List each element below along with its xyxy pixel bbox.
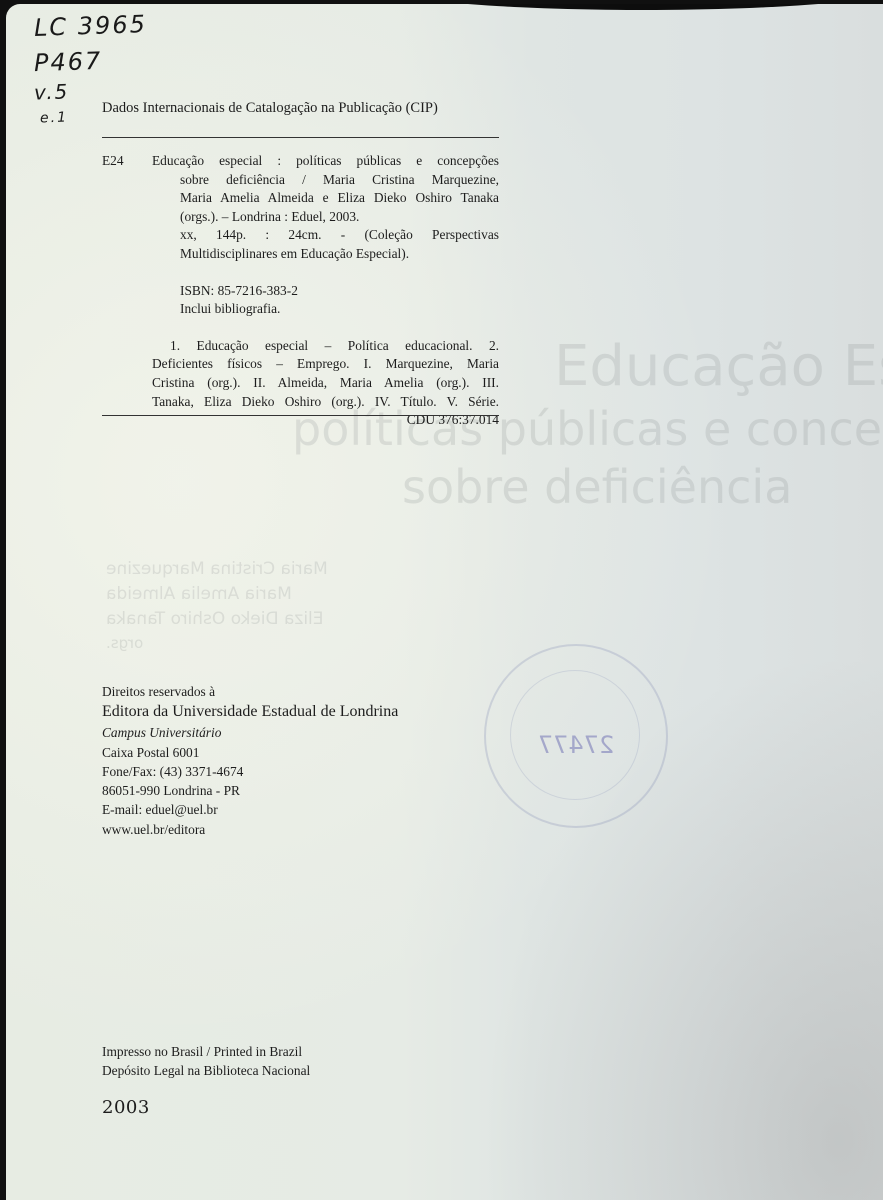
show-through-author-1: Maria Cristina Marquezine <box>106 559 328 579</box>
publisher-city: 86051-990 Londrina - PR <box>102 781 398 800</box>
publication-year: 2003 <box>102 1097 150 1118</box>
cip-subject-line: Deficientes físicos – Emprego. I. Marque… <box>152 355 499 374</box>
page-edge-shadow <box>383 4 883 10</box>
cip-bibliography-note: Inclui bibliografia. <box>152 300 499 319</box>
cip-code: E24 <box>102 152 124 171</box>
cip-entry-line: Maria Amelia Almeida e Eliza Dieko Oshir… <box>152 189 499 208</box>
book-page: LC 3965 P467 v.5 e.1 Educação Especial p… <box>6 4 883 1200</box>
show-through-author-3: Eliza Dieko Oshiro Tanaka <box>106 609 324 629</box>
cip-header: Dados Internacionais de Catalogação na P… <box>102 100 438 117</box>
publisher-email: E-mail: eduel@uel.br <box>102 800 398 819</box>
publisher-po-box: Caixa Postal 6001 <box>102 743 398 762</box>
publisher-name: Editora da Universidade Estadual de Lond… <box>102 701 398 723</box>
legal-deposit: Depósito Legal na Biblioteca Nacional <box>102 1061 310 1080</box>
cip-isbn: ISBN: 85-7216-383-2 <box>152 282 499 301</box>
publisher-campus: Campus Universitário <box>102 723 398 742</box>
cip-record: E24 Educação especial : políticas públic… <box>102 152 499 430</box>
cip-entry: Educação especial : políticas públicas e… <box>152 152 499 337</box>
library-stamp: 27477 <box>484 644 668 828</box>
handwritten-call-number-line-2: P467 <box>34 47 103 77</box>
cip-cdu: CDU 376:37.014 <box>152 411 499 430</box>
cip-entry-line: Multidisciplinares em Educação Especial)… <box>152 245 499 264</box>
cip-bottom-rule <box>102 415 499 416</box>
printing-info: Impresso no Brasil / Printed in Brazil D… <box>102 1042 310 1080</box>
cip-subject-line: 1. Educação especial – Política educacio… <box>152 337 499 356</box>
publisher-website: www.uel.br/editora <box>102 820 398 839</box>
publisher-phone: Fone/Fax: (43) 3371-4674 <box>102 762 398 781</box>
handwritten-call-number-line-1: LC 3965 <box>34 10 148 42</box>
rights-reserved: Direitos reservados à <box>102 682 398 701</box>
cip-entry-line: xx, 144p. : 24cm. - (Coleção Perspectiva… <box>152 226 499 245</box>
publisher-info: Direitos reservados à Editora da Univers… <box>102 682 398 839</box>
cip-subject-line: Tanaka, Eliza Dieko Oshiro (org.). IV. T… <box>152 393 499 412</box>
handwritten-volume: v.5 <box>34 79 70 104</box>
show-through-author-2: Maria Amelia Almeida <box>106 584 292 604</box>
show-through-title-1: Educação Especial <box>554 334 883 399</box>
cip-entry-line: Educação especial : políticas públicas e… <box>152 152 499 171</box>
cip-top-rule <box>102 137 499 138</box>
show-through-author-4: orgs. <box>106 634 143 652</box>
cip-subject-line: Cristina (org.). II. Almeida, Maria Amel… <box>152 374 499 393</box>
cip-entry-line: sobre deficiência / Maria Cristina Marqu… <box>152 171 499 190</box>
show-through-title-3: sobre deficiência <box>402 460 792 514</box>
stamp-number: 27477 <box>526 731 626 759</box>
printed-in: Impresso no Brasil / Printed in Brazil <box>102 1042 310 1061</box>
handwritten-copy: e.1 <box>40 110 69 127</box>
cip-entry-line: (orgs.). – Londrina : Eduel, 2003. <box>152 208 499 227</box>
